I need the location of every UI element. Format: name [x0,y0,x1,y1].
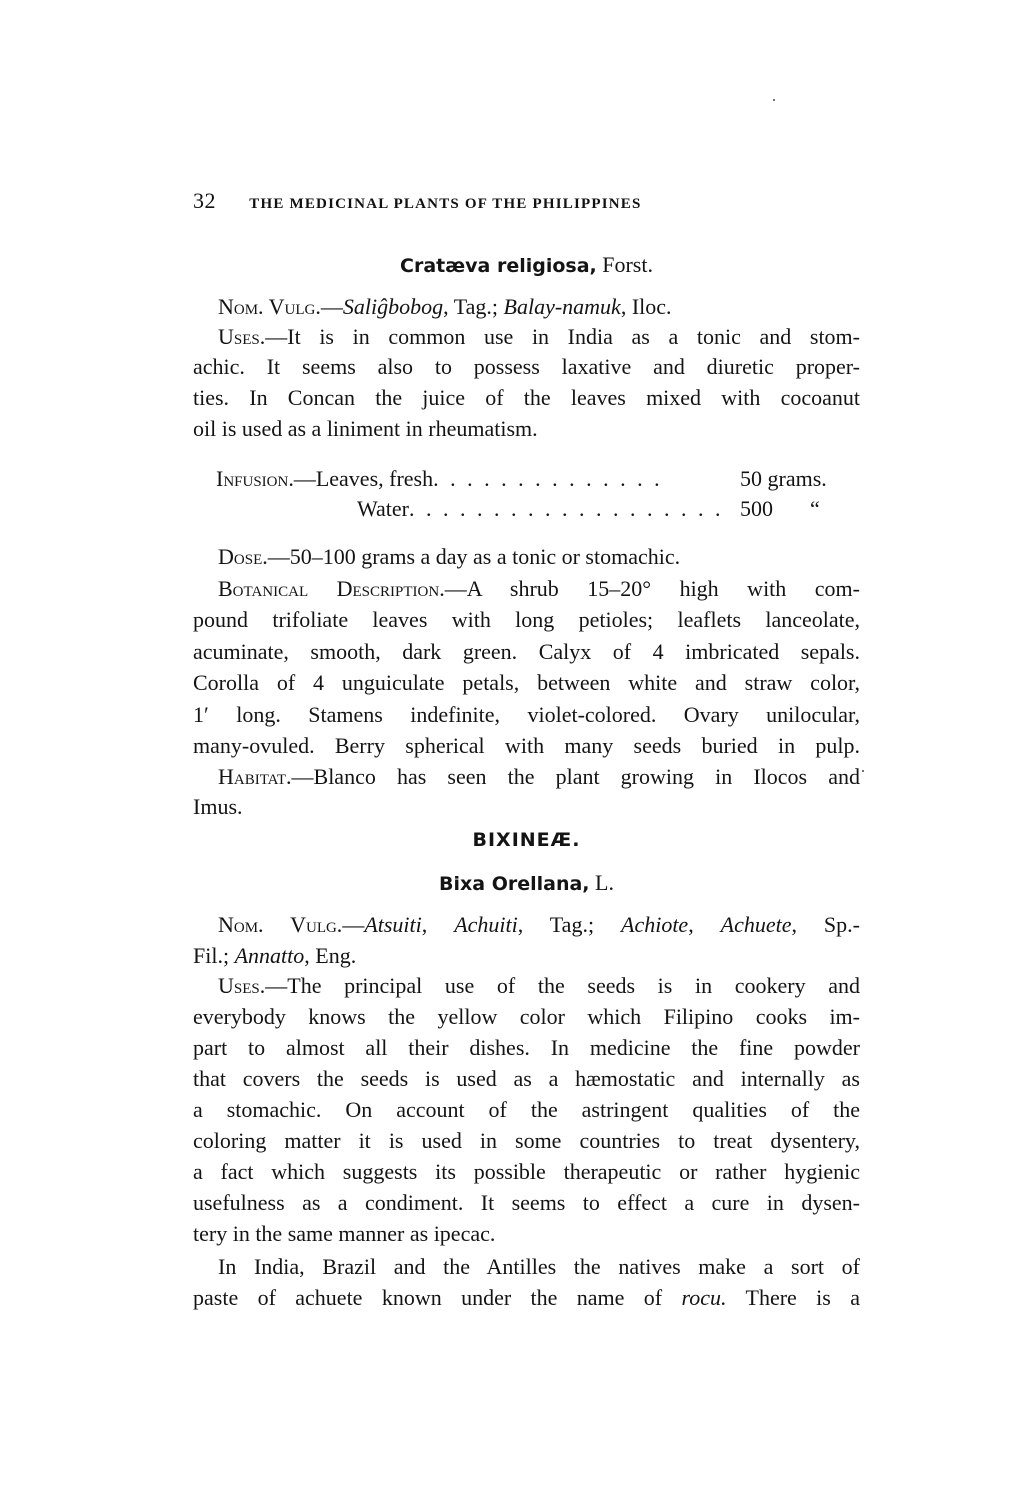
text-line: —The principal use of the seeds is in co… [265,973,860,998]
vernacular-name: Achuiti [454,912,518,937]
infusion-amount-water: 500 [740,496,773,522]
language-tag: , Tag.; [518,912,621,937]
text-line: that covers the seeds is used as a hæmos… [193,1066,860,1092]
text-line: ties. In Concan the juice of the leaves … [193,385,860,411]
text-fragment: paste of achuete known under the name of [193,1285,682,1310]
text-line: everybody knows the yellow color which F… [193,1004,860,1030]
species-heading-bixa: Bixa Orellana, L. [193,870,860,897]
nom-vulg-line: Nom. Vulg.—Saliĝbobog, Tag.; Balay-namuk… [218,294,860,320]
text-line: In India, Brazil and the Antilles the na… [218,1254,860,1280]
ingredient: —Leaves, fresh [294,466,433,491]
text-line: —Blanco has seen the plant growing in Il… [292,764,860,789]
dose-line: Dose.—50–100 grams a day as a tonic or s… [218,544,860,570]
ingredient: Water [357,496,409,521]
text-line: achic. It seems also to possess laxative… [193,354,860,380]
separator: , [688,912,720,937]
text-line: —It is in common use in India as a tonic… [265,324,860,349]
text-fragment: There is a [727,1285,860,1310]
running-head: 32 THE MEDICINAL PLANTS OF THE PHILIPPIN… [193,188,642,214]
nom-vulg-continuation: Fil.; Annatto, Eng. [193,943,860,969]
infusion-row-leaves: Infusion.—Leaves, fresh . . . . . . . . … [216,466,671,492]
text-line: paste of achuete known under the name of… [193,1285,860,1311]
text-line: oil is used as a liniment in rheumatism. [193,416,860,442]
uses-line: Uses.—The principal use of the seeds is … [218,973,860,999]
text-line: a fact which suggests its possible thera… [193,1159,860,1185]
text-line: tery in the same manner as ipecac. [193,1221,860,1247]
text-line: a stomachic. On account of the astringen… [193,1097,860,1123]
dose-label: Dose. [218,544,268,569]
text-line: coloring matter it is used in some count… [193,1128,860,1154]
running-title: THE MEDICINAL PLANTS OF THE PHILIPPINES [249,196,641,212]
botanical-description-label: Botanical Description. [218,576,445,601]
separator: , [422,912,454,937]
text-line: acuminate, smooth, dark green. Calyx of … [193,639,860,665]
uses-label: Uses. [218,324,265,349]
nom-vulg-label: Nom. Vulg. [218,294,321,319]
botanical-description-line: Botanical Description.—A shrub 15–20° hi… [218,576,860,602]
book-page: 32 THE MEDICINAL PLANTS OF THE PHILIPPIN… [0,0,1010,1506]
text-line: many-ovuled. Berry spherical with many s… [193,733,860,759]
nom-vulg-label: Nom. Vulg. [218,912,342,937]
vernacular-name: Saliĝbobog [343,294,443,319]
species-name: Bixa Orellana, [439,873,590,895]
ditto-mark: “ [810,496,820,522]
dose-text: —50–100 grams a day as a tonic or stomac… [268,544,680,569]
family-heading: BIXINEÆ. [193,826,860,853]
vernacular-name: Atsuiti [364,912,421,937]
species-heading-crataeva: Cratæva religiosa, Forst. [193,252,860,279]
habitat-label: Habitat. [218,764,292,789]
language-tag: , Eng. [304,943,356,968]
language-tag: , Tag.; [443,294,503,319]
vernacular-name: Annatto [235,943,305,968]
species-name: Cratæva religiosa, [400,255,597,277]
dot-leader: . . . . . . . . . . . . . . . . . . . . … [433,466,671,492]
italic-term: rocu. [682,1285,727,1310]
text-line: usefulness as a condiment. It seems to e… [193,1190,860,1216]
species-authority: Forst. [602,252,653,277]
infusion-row-water: Water . . . . . . . . . . . . . . . . . … [357,496,719,522]
text-line: Imus. [193,794,860,820]
species-authority: L. [595,870,614,895]
infusion-label: Infusion. [216,466,294,491]
language-tag: , Iloc. [621,294,672,319]
dash: — [321,294,343,319]
infusion-amount-leaves: 50 grams. [740,466,827,492]
text-line: 1′ long. Stamens indefinite, violet-colo… [193,702,860,728]
nom-vulg-line: Nom. Vulg.—Atsuiti, Achuiti, Tag.; Achio… [218,912,860,938]
vernacular-name: Achiote [621,912,688,937]
language-tag: Fil.; [193,943,235,968]
scan-speck [862,770,864,772]
habitat-line: Habitat.—Blanco has seen the plant growi… [218,764,860,790]
scan-speck [773,99,775,101]
text-line: pound trifoliate leaves with long petiol… [193,607,860,633]
uses-line: Uses.—It is in common use in India as a … [218,324,860,350]
text-line: —A shrub 15–20° high with com- [445,576,860,601]
vernacular-name: Balay-namuk [504,294,621,319]
vernacular-name: Achuete [721,912,792,937]
dot-leader: . . . . . . . . . . . . . . . . . . . . … [409,496,719,522]
dash: — [342,912,364,937]
family-name: BIXINEÆ. [473,829,581,851]
uses-label: Uses. [218,973,265,998]
text-line: part to almost all their dishes. In medi… [193,1035,860,1061]
language-tag: , Sp.- [792,912,861,937]
page-number: 32 [193,188,216,213]
text-line: Corolla of 4 unguiculate petals, between… [193,670,860,696]
